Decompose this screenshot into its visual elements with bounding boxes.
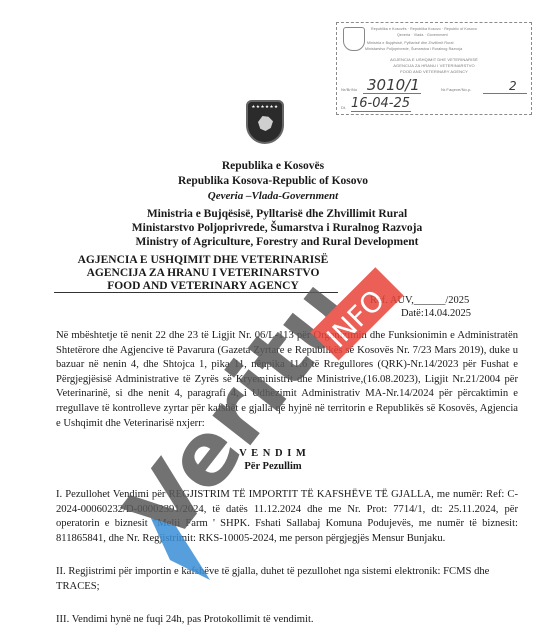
agency-name-en: FOOD AND VETERINARY AGENCY	[0, 280, 476, 292]
stamp-agency-line: AGENCIJA ZA HRANU I VETERINARSTVO	[337, 63, 531, 68]
government-label: Qeveria –Vlada-Government	[0, 190, 546, 202]
agency-name-sr: AGENCIJA ZA HRANU I VETERINARSTVO	[0, 267, 476, 279]
decision-title: V E N D I M	[0, 448, 546, 459]
preamble-paragraph: Në mbështetje të nenit 22 dhe 23 të Ligj…	[56, 329, 518, 431]
reference-number: Ref. AUV,______/2025	[370, 295, 469, 306]
stamp-header-line: Qeveria · Vlada · Government	[397, 33, 448, 37]
header-divider	[54, 292, 338, 293]
stamp-protocol-label: Nr/Br/No	[341, 87, 357, 92]
stamp-pages-number: 2	[509, 79, 517, 93]
stamp-header-line: Ministria e Bujqësisë, Pylltarisë dhe Zh…	[367, 41, 454, 45]
ministry-name-sq: Ministria e Bujqësisë, Pylltarisë dhe Zh…	[4, 208, 546, 220]
decision-item-1: I. Pezullohet Vendimi për REGJISTRIM TË …	[56, 488, 518, 546]
ministry-emblem-icon	[343, 27, 365, 51]
stamp-protocol-number: 3010/1	[367, 76, 420, 94]
decision-item-2: II. Regjistrimi për importin e kafshëve …	[56, 565, 496, 594]
stamp-header-line: Republika e Kosovës · Republika Kosovo ·…	[371, 27, 477, 31]
agency-name-sq: AGJENCIA E USHQIMIT DHE VETERINARISË	[0, 254, 476, 266]
decision-subtitle: Për Pezullim	[0, 461, 546, 472]
stamp-agency-line: AGJENCIA E USHQIMIT DHE VETERINARISË	[337, 57, 531, 62]
kosovo-coat-of-arms-icon: ★★★★★★	[246, 100, 284, 144]
stamp-date-value: 16-04-25	[351, 96, 410, 111]
stamp-pages-label: Nr.Faqeve/No.p.	[441, 87, 472, 92]
stamp-header-line: Ministarstvo Poljoprivrede, Šumarstva i …	[365, 47, 462, 51]
document-date: Datë:14.04.2025	[401, 308, 471, 319]
stamp-agency-line: FOOD AND VETERINARY AGENCY	[337, 69, 531, 74]
registry-stamp: Republika e Kosovës · Republika Kosovo ·…	[336, 22, 532, 115]
country-name-sq: Republika e Kosovës	[0, 160, 546, 172]
ministry-name-en: Ministry of Agriculture, Forestry and Ru…	[4, 236, 546, 248]
country-name-multi: Republika Kosova-Republic of Kosovo	[0, 175, 546, 187]
ministry-name-sr: Ministarstvo Poljoprivrede, Šumarstva i …	[4, 222, 546, 234]
stamp-date-label: Dt.	[341, 105, 346, 110]
decision-item-3: III. Vendimi hynë ne fuqi 24h, pas Proto…	[56, 613, 518, 628]
